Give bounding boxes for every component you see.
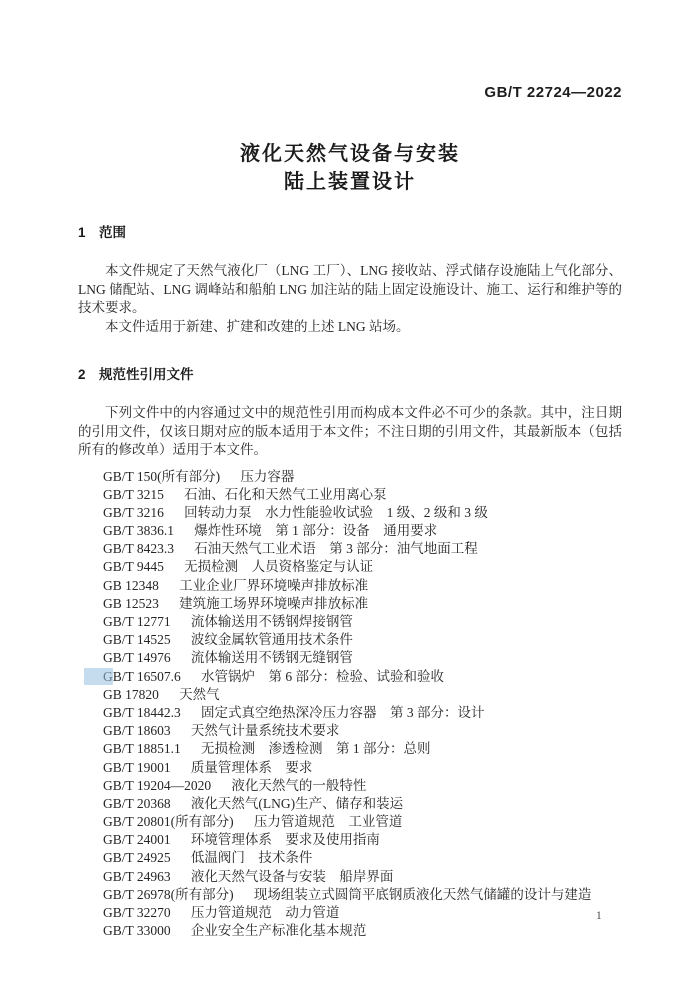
reference-item: GB/T 150(所有部分)压力容器 <box>103 468 622 486</box>
reference-code: GB/T 16507.6 <box>103 669 181 684</box>
reference-title: 液化天然气设备与安装 船岸界面 <box>191 869 394 884</box>
reference-code: GB/T 24963 <box>103 869 171 884</box>
reference-title: 无损检测 渗透检测 第 1 部分：总则 <box>201 741 431 756</box>
reference-item: GB/T 9445无损检测 人员资格鉴定与认证 <box>103 558 622 576</box>
reference-code: GB 12348 <box>103 578 159 593</box>
reference-title: 波纹金属软管通用技术条件 <box>191 632 353 647</box>
reference-code: GB/T 26978(所有部分) <box>103 887 234 902</box>
reference-code: GB/T 20801(所有部分) <box>103 814 234 829</box>
reference-item: GB/T 18851.1无损检测 渗透检测 第 1 部分：总则 <box>103 740 622 758</box>
reference-item: GB/T 33000企业安全生产标准化基本规范 <box>103 922 622 940</box>
reference-title: 压力管道规范 动力管道 <box>191 905 340 920</box>
reference-item: GB/T 18603天然气计量系统技术要求 <box>103 722 622 740</box>
reference-item: GB 12348工业企业厂界环境噪声排放标准 <box>103 577 622 595</box>
reference-title: 液化天然气(LNG)生产、储存和装运 <box>191 796 403 811</box>
reference-item: GB/T 14976流体输送用不锈钢无缝钢管 <box>103 649 622 667</box>
reference-title: 无损检测 人员资格鉴定与认证 <box>184 559 373 574</box>
document-title-line1: 液化天然气设备与安装 <box>0 140 700 168</box>
reference-item: GB/T 24925低温阀门 技术条件 <box>103 849 622 867</box>
standard-code: GB/T 22724—2022 <box>484 84 622 101</box>
reference-title: 压力管道规范 工业管道 <box>254 814 403 829</box>
reference-item: GB 12523建筑施工场界环境噪声排放标准 <box>103 595 622 613</box>
normative-references-list: GB/T 150(所有部分)压力容器 GB/T 3215石油、石化和天然气工业用… <box>103 468 622 941</box>
reference-title: 天然气 <box>179 687 220 702</box>
reference-code: GB/T 14525 <box>103 632 171 647</box>
section-2-paragraph: 下列文件中的内容通过文中的规范性引用而构成本文件必不可少的条款。其中，注日期的引… <box>78 404 622 460</box>
reference-title: 爆炸性环境 第 1 部分：设备 通用要求 <box>194 523 437 538</box>
reference-title: 压力容器 <box>240 469 294 484</box>
reference-title: 建筑施工场界环境噪声排放标准 <box>179 596 368 611</box>
page-number: 1 <box>596 910 602 922</box>
reference-code: GB/T 8423.3 <box>103 541 174 556</box>
reference-code: GB/T 20368 <box>103 796 171 811</box>
reference-title: 流体输送用不锈钢无缝钢管 <box>191 650 353 665</box>
reference-title: 石油、石化和天然气工业用离心泵 <box>184 487 387 502</box>
reference-item: GB/T 24963液化天然气设备与安装 船岸界面 <box>103 868 622 886</box>
reference-code: GB/T 24925 <box>103 850 171 865</box>
reference-title: 低温阀门 技术条件 <box>191 850 313 865</box>
reference-item: GB/T 14525波纹金属软管通用技术条件 <box>103 631 622 649</box>
reference-code: GB/T 32270 <box>103 905 171 920</box>
reference-title: 流体输送用不锈钢焊接钢管 <box>191 614 353 629</box>
reference-item: GB/T 12771流体输送用不锈钢焊接钢管 <box>103 613 622 631</box>
reference-code: GB/T 150(所有部分) <box>103 469 220 484</box>
reference-code: GB/T 24001 <box>103 832 171 847</box>
reference-code: GB/T 18603 <box>103 723 171 738</box>
reference-item: GB/T 20801(所有部分)压力管道规范 工业管道 <box>103 813 622 831</box>
reference-code: GB/T 14976 <box>103 650 171 665</box>
reference-item: GB/T 32270压力管道规范 动力管道 <box>103 904 622 922</box>
document-page: GB/T 22724—2022 液化天然气设备与安装 陆上装置设计 1 范围 本… <box>0 0 700 989</box>
reference-title: 环境管理体系 要求及使用指南 <box>191 832 380 847</box>
document-title-line2: 陆上装置设计 <box>0 168 700 196</box>
reference-item: GB/T 8423.3石油天然气工业术语 第 3 部分：油气地面工程 <box>103 540 622 558</box>
section-1-heading: 1 范围 <box>78 224 622 242</box>
reference-code: GB/T 12771 <box>103 614 171 629</box>
document-title: 液化天然气设备与安装 陆上装置设计 <box>0 140 700 196</box>
reference-code: GB/T 3216 <box>103 505 164 520</box>
reference-title: 石油天然气工业术语 第 3 部分：油气地面工程 <box>194 541 478 556</box>
section-2-heading: 2 规范性引用文件 <box>78 366 622 384</box>
reference-item: GB/T 3216回转动力泵 水力性能验收试验 1 级、2 级和 3 级 <box>103 504 622 522</box>
section-1-paragraph-2: 本文件适用于新建、扩建和改建的上述 LNG 站场。 <box>78 318 622 337</box>
reference-code: GB/T 18442.3 <box>103 705 181 720</box>
reference-item: GB/T 3836.1爆炸性环境 第 1 部分：设备 通用要求 <box>103 522 622 540</box>
reference-title: 天然气计量系统技术要求 <box>191 723 340 738</box>
reference-title: 质量管理体系 要求 <box>191 760 313 775</box>
reference-code: GB/T 3215 <box>103 487 164 502</box>
section-1-paragraph-1: 本文件规定了天然气液化厂（LNG 工厂）、LNG 接收站、浮式储存设施陆上气化部… <box>78 262 622 318</box>
reference-item: GB/T 3215石油、石化和天然气工业用离心泵 <box>103 486 622 504</box>
reference-code: GB/T 18851.1 <box>103 741 181 756</box>
reference-code: GB/T 33000 <box>103 923 171 938</box>
reference-item: GB 17820天然气 <box>103 686 622 704</box>
document-body: 1 范围 本文件规定了天然气液化厂（LNG 工厂）、LNG 接收站、浮式储存设施… <box>78 224 622 940</box>
reference-item: GB/T 16507.6水管锅炉 第 6 部分：检验、试验和验收 <box>103 668 622 686</box>
reference-item: GB/T 19204—2020液化天然气的一般特性 <box>103 777 622 795</box>
reference-title: 水管锅炉 第 6 部分：检验、试验和验收 <box>201 669 444 684</box>
reference-code: GB/T 19001 <box>103 760 171 775</box>
reference-code: GB/T 19204—2020 <box>103 778 211 793</box>
reference-item: GB/T 18442.3固定式真空绝热深冷压力容器 第 3 部分：设计 <box>103 704 622 722</box>
reference-code: GB/T 3836.1 <box>103 523 174 538</box>
selection-highlight-watermark <box>84 668 113 685</box>
reference-title: 液化天然气的一般特性 <box>231 778 366 793</box>
reference-item: GB/T 19001质量管理体系 要求 <box>103 759 622 777</box>
reference-item: GB/T 24001环境管理体系 要求及使用指南 <box>103 831 622 849</box>
reference-code: GB 12523 <box>103 596 159 611</box>
reference-title: 现场组装立式圆筒平底钢质液化天然气储罐的设计与建造 <box>254 887 592 902</box>
reference-code: GB 17820 <box>103 687 159 702</box>
reference-title: 固定式真空绝热深冷压力容器 第 3 部分：设计 <box>201 705 485 720</box>
reference-item: GB/T 20368液化天然气(LNG)生产、储存和装运 <box>103 795 622 813</box>
reference-title: 回转动力泵 水力性能验收试验 1 级、2 级和 3 级 <box>184 505 488 520</box>
reference-item: GB/T 26978(所有部分)现场组装立式圆筒平底钢质液化天然气储罐的设计与建… <box>103 886 622 904</box>
reference-code: GB/T 9445 <box>103 559 164 574</box>
reference-title: 工业企业厂界环境噪声排放标准 <box>179 578 368 593</box>
reference-title: 企业安全生产标准化基本规范 <box>191 923 367 938</box>
